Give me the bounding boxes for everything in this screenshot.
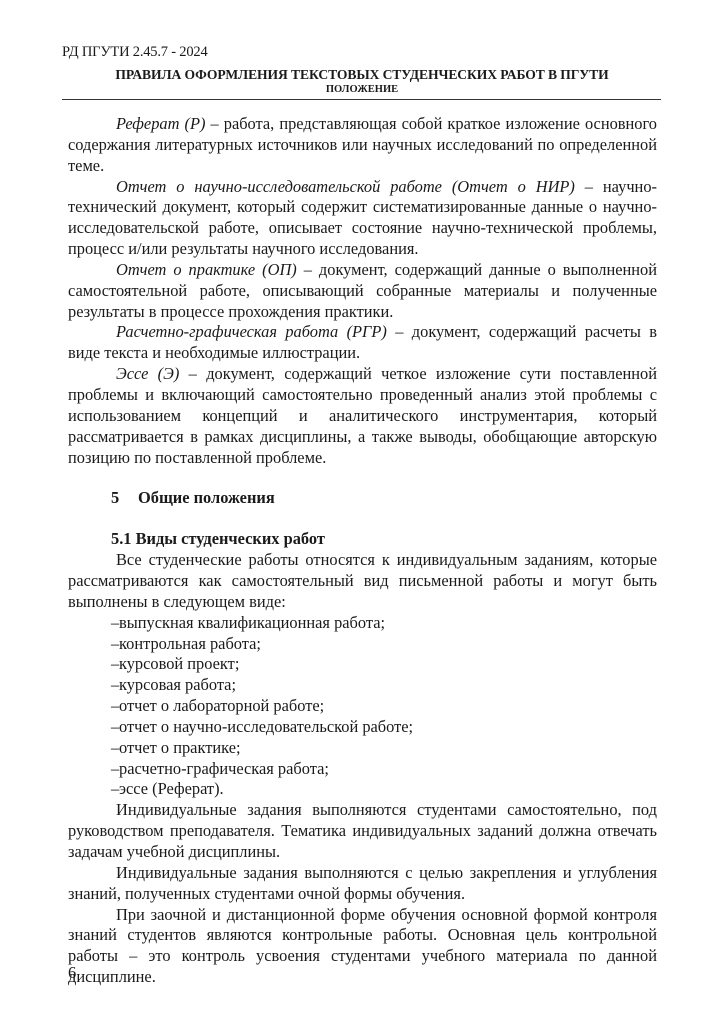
list-item-text: курсовой проект; <box>119 654 239 673</box>
definition-paragraph: Отчет о научно-исследовательской работе … <box>68 177 657 260</box>
definition-term: Реферат (Р) <box>116 114 205 133</box>
subsection-intro: Все студенческие работы относятся к инди… <box>68 550 657 613</box>
document-subtitle: ПОЛОЖЕНИЕ <box>62 84 662 95</box>
list-item-text: курсовая работа; <box>119 675 236 694</box>
list-item-text: расчетно-графическая работа; <box>119 759 329 778</box>
dash-bullet: – <box>111 696 119 717</box>
list-item: –курсовой проект; <box>68 654 657 675</box>
list-item: –отчет о научно-исследовательской работе… <box>68 717 657 738</box>
list-item-text: выпускная квалификационная работа; <box>119 613 385 632</box>
definition-term: Эссе (Э) <box>116 364 179 383</box>
body-paragraph: Индивидуальные задания выполняются с цел… <box>68 863 657 905</box>
list-item: –контрольная работа; <box>68 634 657 655</box>
document-code: РД ПГУТИ 2.45.7 - 2024 <box>62 44 208 61</box>
section-heading: 5Общие положения <box>68 488 657 509</box>
subsection-heading: 5.1 Виды студенческих работ <box>68 529 657 550</box>
dash-bullet: – <box>111 654 119 675</box>
document-body: Реферат (Р) – работа, представляющая соб… <box>68 114 657 988</box>
work-types-list: –выпускная квалификационная работа; –кон… <box>68 613 657 801</box>
list-item: –расчетно-графическая работа; <box>68 759 657 780</box>
page-number: 6 <box>68 963 76 983</box>
dash-bullet: – <box>111 675 119 696</box>
dash-bullet: – <box>111 717 119 738</box>
section-title: Общие положения <box>138 488 275 507</box>
list-item-text: контрольная работа; <box>119 634 261 653</box>
dash-bullet: – <box>111 634 119 655</box>
section-number: 5 <box>111 488 138 509</box>
definition-paragraph: Реферат (Р) – работа, представляющая соб… <box>68 114 657 177</box>
header-divider <box>62 99 661 100</box>
definition-paragraph: Эссе (Э) – документ, содержащий четкое и… <box>68 364 657 468</box>
list-item-text: эссе (Реферат). <box>119 779 224 798</box>
body-paragraph: Индивидуальные задания выполняются студе… <box>68 800 657 863</box>
definition-term: Отчет о научно-исследовательской работе … <box>116 177 575 196</box>
dash-bullet: – <box>111 779 119 800</box>
body-paragraph: При заочной и дистанционной форме обучен… <box>68 905 657 988</box>
dash-bullet: – <box>111 738 119 759</box>
dash-bullet: – <box>111 759 119 780</box>
document-title: ПРАВИЛА ОФОРМЛЕНИЯ ТЕКСТОВЫХ СТУДЕНЧЕСКИ… <box>62 67 662 83</box>
list-item: –отчет о практике; <box>68 738 657 759</box>
list-item: –курсовая работа; <box>68 675 657 696</box>
list-item: –отчет о лабораторной работе; <box>68 696 657 717</box>
list-item: –эссе (Реферат). <box>68 779 657 800</box>
definition-term: Расчетно-графическая работа (РГР) <box>116 322 387 341</box>
dash-bullet: – <box>111 613 119 634</box>
definition-paragraph: Отчет о практике (ОП) – документ, содерж… <box>68 260 657 323</box>
definition-term: Отчет о практике (ОП) <box>116 260 297 279</box>
list-item-text: отчет о практике; <box>119 738 241 757</box>
definition-paragraph: Расчетно-графическая работа (РГР) – доку… <box>68 322 657 364</box>
list-item-text: отчет о лабораторной работе; <box>119 696 324 715</box>
list-item-text: отчет о научно-исследовательской работе; <box>119 717 413 736</box>
list-item: –выпускная квалификационная работа; <box>68 613 657 634</box>
